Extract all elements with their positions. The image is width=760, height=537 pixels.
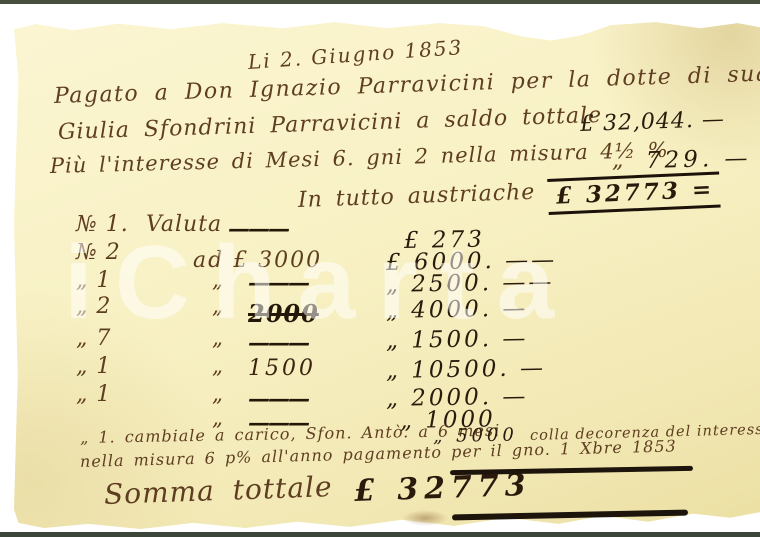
row-unit-ditto: „	[212, 354, 224, 378]
total-amount-boxed: £ 32773 =	[547, 172, 721, 215]
row-total: „ 10500. —	[386, 355, 546, 384]
payee-amount: £ 32,044. —	[580, 107, 726, 137]
row-unit-ditto: „	[212, 382, 224, 406]
interest-amount: 729. —	[646, 145, 752, 174]
row-unit-dash: ———	[248, 386, 308, 412]
interest-ditto-mark: „	[612, 148, 624, 173]
watermark-text: iCharta	[64, 224, 576, 343]
row-unit-value: 1500	[248, 356, 316, 381]
scanner-top-strip	[0, 0, 760, 4]
scanner-bottom-strip	[0, 532, 760, 537]
ink-stain	[402, 510, 448, 526]
row-qty: „ 1	[76, 354, 111, 379]
row-qty: „ 1	[76, 382, 111, 407]
